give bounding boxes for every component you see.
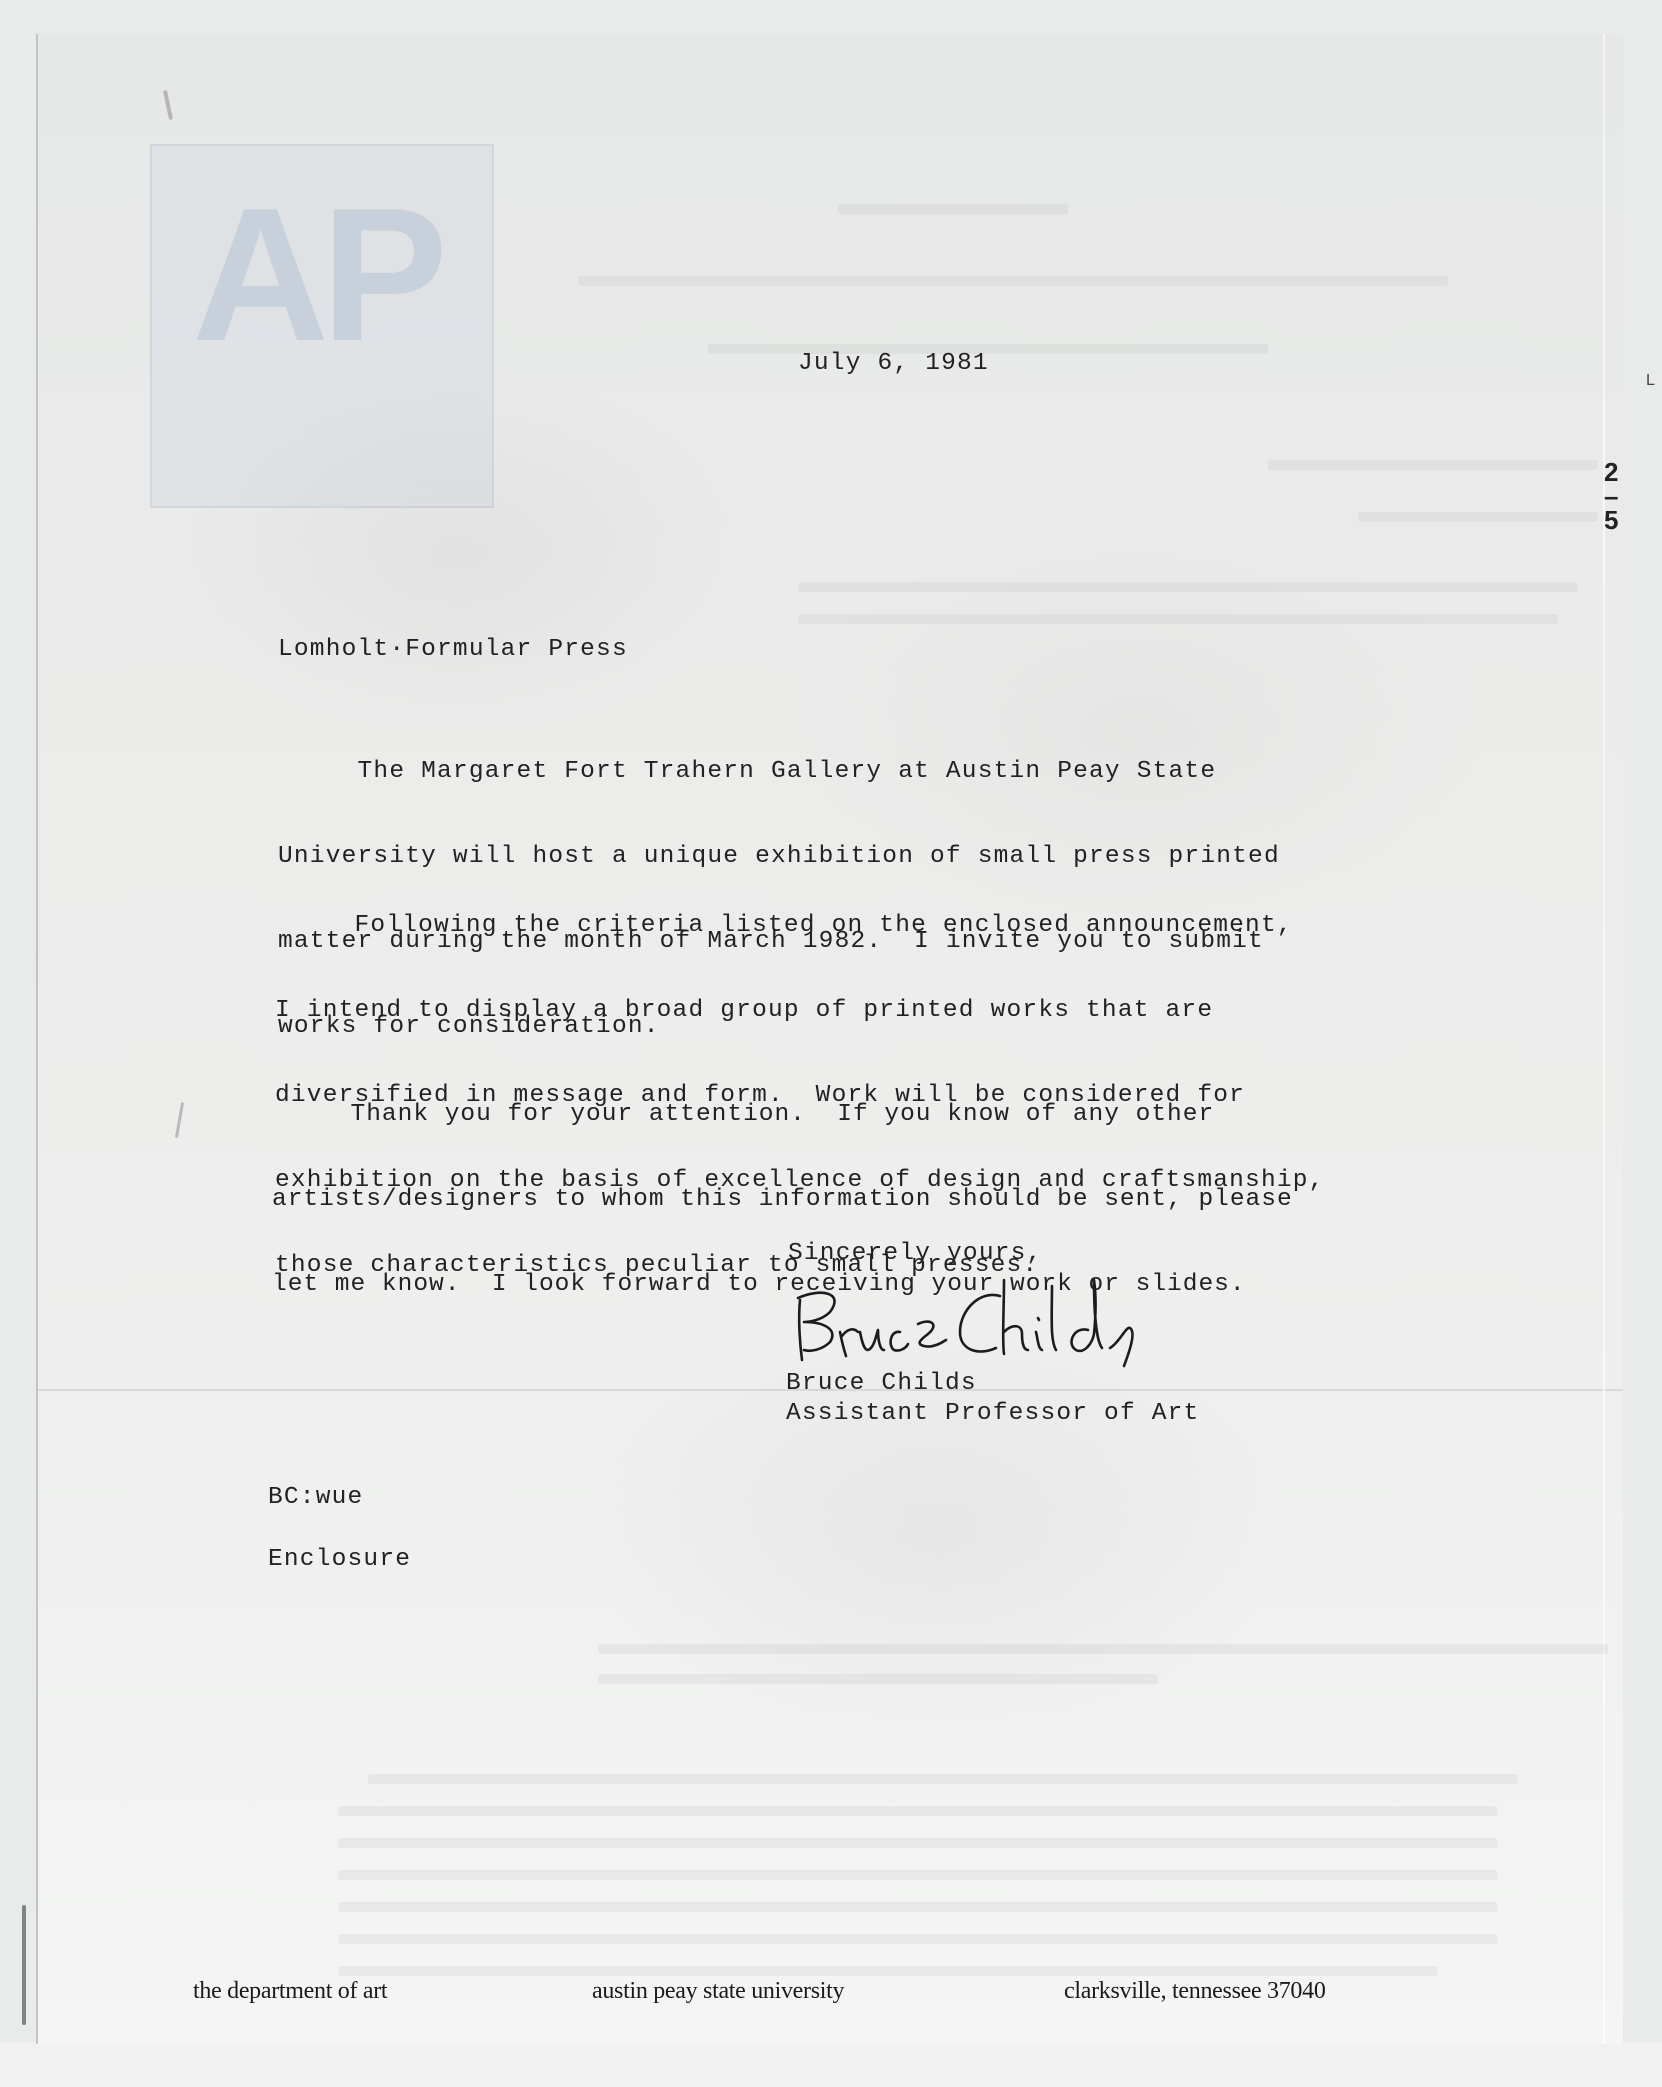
paper-edge-crease <box>1603 34 1605 2044</box>
bleed-through-text <box>598 1674 1158 1684</box>
margin-annotation: 2 – 5 <box>1604 460 1618 532</box>
bleed-through-logo-text: AP <box>192 166 440 384</box>
bleed-through-text <box>598 1644 1608 1654</box>
body-line: The Margaret Fort Trahern Gallery at Aus… <box>278 756 1280 787</box>
bleed-through-text <box>578 276 1448 286</box>
footer-location: clarksville, tennessee 37040 <box>1064 1978 1326 2005</box>
bleed-through-text <box>368 1774 1518 1784</box>
bleed-through-text <box>798 614 1558 624</box>
handwritten-signature <box>790 1270 1180 1380</box>
enclosure-notation: Enclosure <box>268 1546 411 1573</box>
bleed-through-text <box>338 1966 1438 1976</box>
body-line: artists/designers to whom this informati… <box>272 1184 1293 1215</box>
backdrop <box>0 2042 1662 2087</box>
paper-edge-shadow <box>22 1905 26 2025</box>
bleed-through-text <box>1268 460 1598 470</box>
body-line: Thank you for your attention. If you kno… <box>272 1099 1293 1130</box>
signer-title: Assistant Professor of Art <box>786 1400 1199 1427</box>
closing-salutation: Sincerely yours, <box>788 1240 1042 1267</box>
bleed-through-logo: AP <box>150 144 494 508</box>
bleed-through-text <box>798 582 1578 592</box>
bleed-through-text <box>338 1870 1498 1880</box>
reference-initials: BC:wue <box>268 1484 363 1511</box>
letter-date: July 6, 1981 <box>798 350 989 377</box>
bleed-through-text <box>338 1902 1498 1912</box>
body-line: I intend to display a broad group of pri… <box>275 995 1325 1026</box>
body-line: Following the criteria listed on the enc… <box>275 910 1325 941</box>
recipient-name: Lomholt·Formular Press <box>278 636 628 663</box>
margin-annotation: L <box>1646 372 1655 390</box>
footer-university: austin peay state university <box>592 1978 844 2005</box>
signer-name: Bruce Childs <box>786 1370 977 1397</box>
bleed-through-text <box>338 1838 1498 1848</box>
bleed-through-text <box>1358 512 1598 522</box>
footer-department: the department of art <box>193 1978 387 2005</box>
bleed-through-text <box>838 204 1068 214</box>
bleed-through-text <box>338 1806 1498 1816</box>
bleed-through-text <box>338 1934 1498 1944</box>
